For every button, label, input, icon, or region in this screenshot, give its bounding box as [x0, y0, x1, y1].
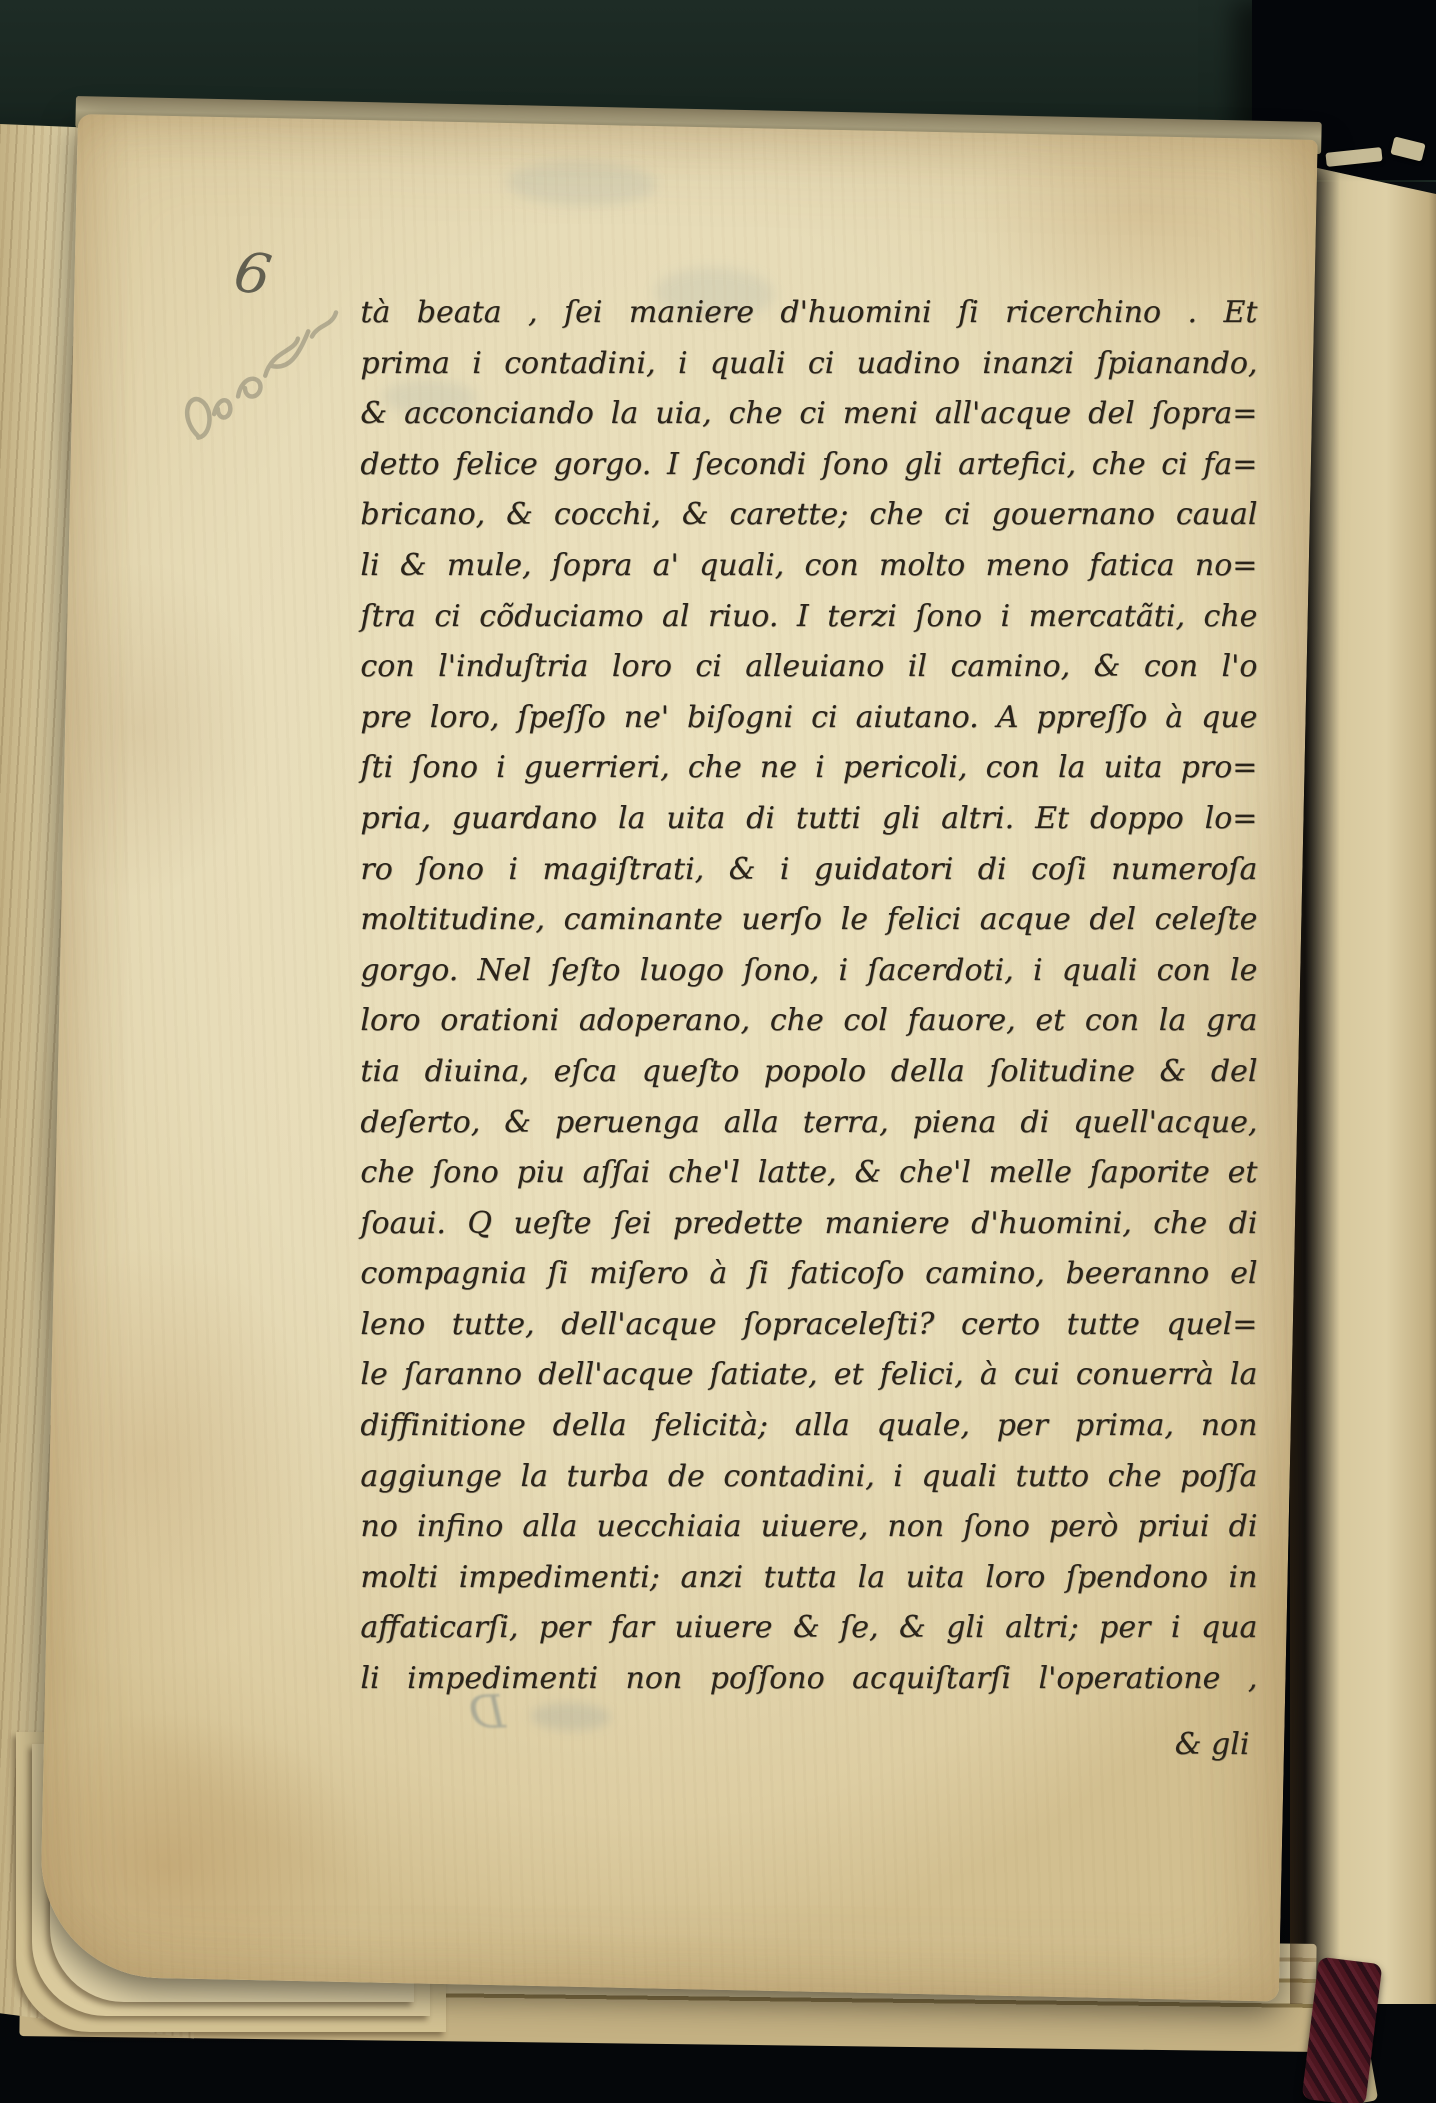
text-line: ſtra ci cõduciamo al riuo. I terzi ſono …: [360, 592, 1257, 643]
show-through-signature: D: [468, 1684, 507, 1739]
text-line: pria, guardano la uita di tutti gli altr…: [360, 794, 1257, 845]
text-line: con l'induſtria loro ci alleuiano il cam…: [360, 642, 1257, 693]
text-line: affaticarſi, per far uiuere & ſe, & gli …: [360, 1603, 1257, 1654]
text-line: ſoaui. Q ueſte ſei predette maniere d'hu…: [360, 1199, 1257, 1250]
text-line: tà beata , ſei maniere d'huomini ſi rice…: [360, 288, 1257, 339]
text-line: pre loro, ſpeſſo ne' biſogni ci aiutano.…: [360, 693, 1257, 744]
text-line: gorgo. Nel ſeſto luogo ſono, i ſacerdoti…: [360, 946, 1257, 997]
pencil-squiggle: [171, 313, 359, 440]
book-page: 6 tà beata , ſei maniere d'huomini ſi ri…: [39, 114, 1318, 2002]
text-line: diffinitione della felicità; alla quale,…: [360, 1401, 1257, 1452]
book-photograph: 6 tà beata , ſei maniere d'huomini ſi ri…: [0, 0, 1436, 2103]
text-line: leno tutte, dell'acque ſopraceleſti? cer…: [360, 1300, 1257, 1351]
text-line: deſerto, & peruenga alla terra, piena di…: [360, 1097, 1257, 1148]
text-line: ro ſono i magiſtrati, & i guidatori di c…: [360, 844, 1257, 895]
handwritten-page-number: 6: [229, 239, 276, 309]
text-line: molti impedimenti; anzi tutta la uita lo…: [360, 1553, 1257, 1604]
text-line: loro orationi adoperano, che col fauore,…: [360, 996, 1257, 1047]
text-line: prima i contadini, i quali ci uadino ina…: [360, 339, 1257, 390]
printed-lines: tà beata , ſei maniere d'huomini ſi rice…: [360, 288, 1257, 1705]
text-line: le ſaranno dell'acque ſatiate, et felici…: [360, 1350, 1257, 1401]
text-line: bricano, & cocchi, & carette; che ci gou…: [360, 490, 1257, 541]
text-line: & acconciando la uia, che ci meni all'ac…: [360, 389, 1257, 440]
text-line: compagnia ſi miſero à ſi faticoſo camino…: [360, 1249, 1257, 1300]
text-line: moltitudine, caminante uerſo le felici a…: [360, 895, 1257, 946]
text-line: detto felice gorgo. I ſecondi ſono gli a…: [360, 440, 1257, 491]
text-block: tà beata , ſei maniere d'huomini ſi rice…: [360, 288, 1257, 1770]
text-line: tia diuina, eſca queſto popolo della ſol…: [360, 1047, 1257, 1098]
text-line: li & mule, ſopra a' quali, con molto men…: [360, 541, 1257, 592]
text-line: ſti ſono i guerrieri, che ne i pericoli,…: [360, 743, 1257, 794]
text-line: aggiunge la turba de contadini, i quali …: [360, 1452, 1257, 1503]
ink-show-through-smudge: [506, 159, 657, 208]
facing-leaf-gutter: [1290, 146, 1436, 2004]
text-line: che ſono piu aſſai che'l latte, & che'l …: [360, 1148, 1257, 1199]
text-line: no infino alla uecchiaia uiuere, non ſon…: [360, 1502, 1257, 1553]
